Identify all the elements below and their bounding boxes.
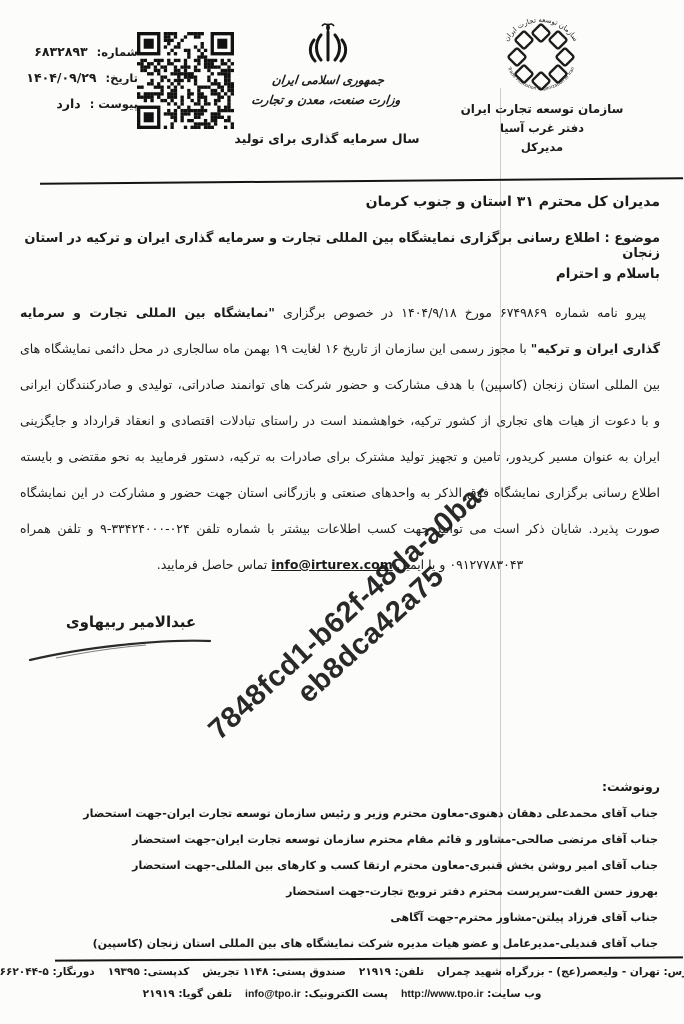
body-text: گذاری ایران و ترکیه" bbox=[531, 341, 660, 356]
year-slogan: سال سرمایه گذاری برای تولید bbox=[233, 131, 421, 146]
number-value: ۶۸۳۲۸۹۳ bbox=[34, 44, 87, 59]
website-link[interactable]: http://www.tpo.ir bbox=[401, 988, 483, 1000]
body-text: صورت پذیرد. شایان ذکر است می توانید جهت … bbox=[20, 521, 660, 536]
subject-line: موضوع : اطلاع رسانی برگزاری نمایشگاه بین… bbox=[18, 231, 660, 261]
body-text: تماس حاصل فرمایید. bbox=[157, 557, 271, 572]
signature-name: عبدالامیر ربیهاوی bbox=[52, 613, 210, 631]
email-link[interactable]: info@tpo.ir bbox=[245, 988, 301, 1000]
body-text: پیرو نامه شماره ۶۷۴۹۸۶۹ مورخ ۱۴۰۴/۹/۱۸ د… bbox=[275, 305, 646, 320]
tpo-logo-icon: سازمان توسعه تجارت ایران Trade Promotion… bbox=[494, 10, 588, 104]
logo-arc-text-en: Trade Promotion Organization of Iran bbox=[505, 65, 576, 92]
date-value: ۱۴۰۴/۰۹/۲۹ bbox=[26, 70, 96, 85]
salutation-line: باسلام و احترام bbox=[556, 266, 660, 282]
qr-code bbox=[137, 32, 234, 129]
iran-emblem-icon bbox=[306, 20, 350, 70]
footer-fax: دورنگار: ۵-۲۲۶۶۲۰۴۴ bbox=[0, 966, 95, 978]
body-line: صورت پذیرد. شایان ذکر است می توانید جهت … bbox=[20, 511, 660, 547]
attachment-label: پیوست : bbox=[90, 97, 138, 111]
signature-stroke bbox=[26, 636, 214, 664]
attachment-row: پیوست : دارد bbox=[10, 96, 138, 111]
republic-line: جمهوری اسلامی ایران bbox=[243, 70, 413, 90]
footer-divider-line bbox=[55, 956, 683, 961]
cc-item: جناب آقای امیر روشن بخش قنبری-معاون محتر… bbox=[30, 853, 658, 879]
footer-address: آدرس: تهران - ولیعصر(عج) - بزرگراه شهید … bbox=[437, 966, 684, 978]
republic-ministry-title: جمهوری اسلامی ایران وزارت صنعت، معدن و ت… bbox=[241, 70, 413, 110]
body-text: "نمایشگاه بین المللی تجارت و سرمایه bbox=[20, 305, 275, 320]
footer-website: وب سایت: http://www.tpo.ir bbox=[401, 988, 541, 1000]
cc-list: جناب آقای محمدعلی دهقان دهنوی-معاون محتر… bbox=[30, 801, 658, 957]
body-line: ۰۹۱۲۷۷۸۳۰۴۳ و یا ایمیل info@irturex.com … bbox=[20, 547, 660, 583]
body-text: با مجوز رسمی این سازمان از تاریخ ۱۶ لغای… bbox=[20, 341, 531, 356]
body-line: بین المللی استان زنجان (کاسپین) با هدف م… bbox=[20, 367, 660, 403]
letter-number-row: شماره: ۶۸۳۲۸۹۳ bbox=[10, 44, 138, 59]
org-identity-block: سازمان توسعه تجارت ایران دفتر غرب آسیا م… bbox=[460, 102, 624, 154]
cc-title: رونوشت: bbox=[602, 779, 660, 794]
footer-contact-line: آدرس: تهران - ولیعصر(عج) - بزرگراه شهید … bbox=[0, 966, 684, 978]
letter-date-row: تاریخ: ۱۴۰۴/۰۹/۲۹ bbox=[10, 70, 138, 85]
body-line: و با دعوت از هیات های تجاری از کشور ترکی… bbox=[20, 403, 660, 439]
cc-item: بهروز حسن الفت-سرپرست محترم دفتر ترویج ت… bbox=[30, 879, 658, 905]
body-text: بین المللی استان زنجان (کاسپین) با هدف م… bbox=[20, 377, 660, 392]
letter-meta-block: شماره: ۶۸۳۲۸۹۳ تاریخ: ۱۴۰۴/۰۹/۲۹ پیوست :… bbox=[10, 44, 138, 122]
logo-arc-text-fa: سازمان توسعه تجارت ایران bbox=[503, 16, 580, 43]
body-line: گذاری ایران و ترکیه" با مجوز رسمی این سا… bbox=[20, 331, 660, 367]
number-label: شماره: bbox=[97, 45, 138, 59]
body-text: و با دعوت از هیات های تجاری از کشور ترکی… bbox=[20, 413, 660, 428]
date-label: تاریخ: bbox=[106, 71, 138, 85]
cc-item: جناب آقای قندیلی-مدیرعامل و عضو هیات مدی… bbox=[30, 931, 658, 957]
footer-pobox: صندوق پستی: ۱۱۴۸ تجریش bbox=[202, 966, 346, 978]
header-divider-line bbox=[40, 177, 683, 185]
body-line: پیرو نامه شماره ۶۷۴۹۸۶۹ مورخ ۱۴۰۴/۹/۱۸ د… bbox=[20, 295, 660, 331]
org-office: دفتر غرب آسیا bbox=[460, 121, 624, 135]
addressee-line: مدیران کل محترم ۳۱ استان و جنوب کرمان bbox=[366, 194, 660, 210]
body-text: اطلاع رسانی برگزاری نمایشگاه فوق الذکر ب… bbox=[20, 485, 660, 500]
org-role: مدیرکل bbox=[460, 140, 624, 154]
cc-item: جناب آقای فرزاد پیلتن-مشاور محترم-جهت آگ… bbox=[30, 905, 658, 931]
footer-email: پست الکترونیک: info@tpo.ir bbox=[245, 988, 388, 1000]
cc-item: جناب آقای مرتضی صالحی-مشاور و قائم مقام … bbox=[30, 827, 658, 853]
letter-body: پیرو نامه شماره ۶۷۴۹۸۶۹ مورخ ۱۴۰۴/۹/۱۸ د… bbox=[20, 295, 660, 583]
scanned-letter-page: شماره: ۶۸۳۲۸۹۳ تاریخ: ۱۴۰۴/۰۹/۲۹ پیوست :… bbox=[0, 0, 684, 1024]
footer-web-line: وب سایت: http://www.tpo.ir پست الکترونیک… bbox=[0, 988, 684, 1000]
footer-phone: تلفن: ۲۱۹۱۹ bbox=[359, 966, 424, 978]
ministry-line: وزارت صنعت، معدن و تجارت bbox=[241, 90, 411, 110]
cc-item: جناب آقای محمدعلی دهقان دهنوی-معاون محتر… bbox=[30, 801, 658, 827]
org-name: سازمان توسعه تجارت ایران bbox=[460, 102, 624, 116]
footer-voicephone: تلفن گویا: ۲۱۹۱۹ bbox=[143, 988, 232, 1000]
footer-postalcode: کدپستی: ۱۹۳۹۵ bbox=[108, 966, 190, 978]
attachment-value: دارد bbox=[56, 96, 80, 111]
